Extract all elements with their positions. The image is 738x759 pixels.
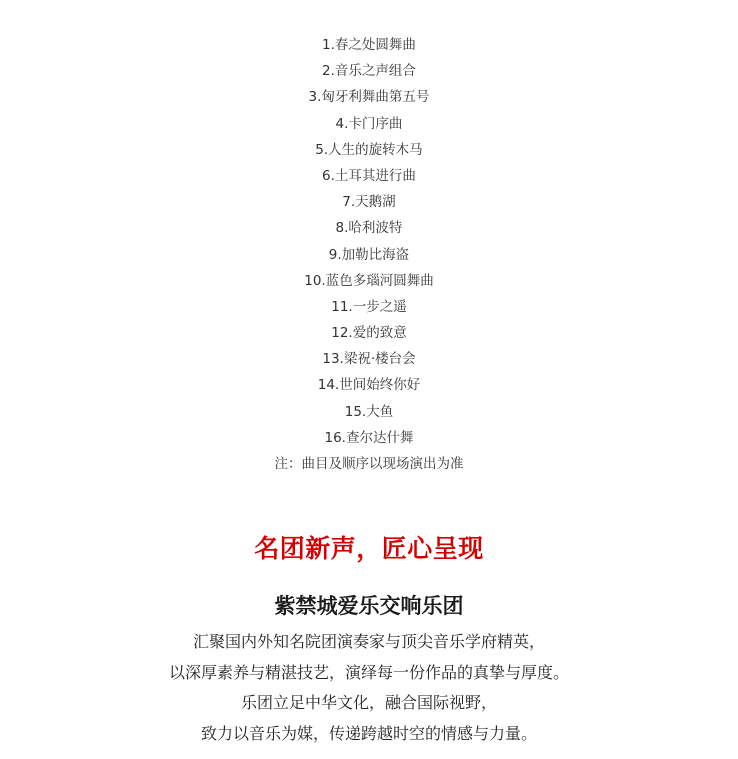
program-note: 注：曲目及顺序以现场演出为准 (0, 451, 738, 477)
program-item: 6.土耳其进行曲 (0, 163, 738, 189)
program-item: 14.世间始终你好 (0, 372, 738, 398)
program-item: 16.查尔达什舞 (0, 425, 738, 451)
program-list: 1.春之处圆舞曲 2.音乐之声组合 3.匈牙利舞曲第五号 4.卡门序曲 5.人生… (0, 32, 738, 477)
program-item: 10.蓝色多瑙河圆舞曲 (0, 268, 738, 294)
program-item: 4.卡门序曲 (0, 111, 738, 137)
slogan-heading: 名团新声，匠心呈现 (0, 529, 738, 569)
program-item: 5.人生的旋转木马 (0, 137, 738, 163)
program-item: 15.大鱼 (0, 399, 738, 425)
intro-line: 以深厚素养与精湛技艺，演绎每一份作品的真挚与厚度。 (0, 658, 738, 689)
program-item: 7.天鹅湖 (0, 189, 738, 215)
program-item: 13.梁祝·楼台会 (0, 346, 738, 372)
program-item: 3.匈牙利舞曲第五号 (0, 84, 738, 110)
program-item: 9.加勒比海盗 (0, 242, 738, 268)
orchestra-name: 紫禁城爱乐交响乐团 (0, 589, 738, 623)
orchestra-intro: 汇聚国内外知名院团演奏家与顶尖音乐学府精英， 以深厚素养与精湛技艺，演绎每一份作… (0, 627, 738, 749)
intro-line: 致力以音乐为媒，传递跨越时空的情感与力量。 (0, 719, 738, 750)
program-item: 1.春之处圆舞曲 (0, 32, 738, 58)
intro-line: 汇聚国内外知名院团演奏家与顶尖音乐学府精英， (0, 627, 738, 658)
program-item: 11.一步之遥 (0, 294, 738, 320)
intro-line: 乐团立足中华文化，融合国际视野， (0, 688, 738, 719)
program-item: 2.音乐之声组合 (0, 58, 738, 84)
program-item: 8.哈利波特 (0, 215, 738, 241)
program-item: 12.爱的致意 (0, 320, 738, 346)
